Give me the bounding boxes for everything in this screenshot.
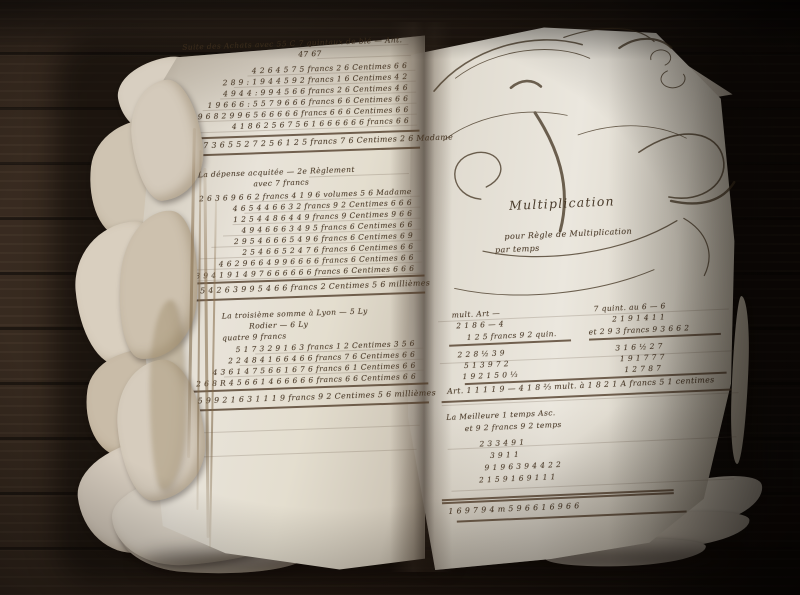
ledger-header: La dépense acquitée — 2e Règlement <box>198 165 355 179</box>
work-row: 5 1 3 9 7 2 <box>464 359 509 370</box>
ledger-header: avec 7 francs <box>253 177 309 188</box>
photo-scene: Suite des Achats avec 55 C 7 quintaux de… <box>0 0 800 595</box>
ledger-header: quatre 9 francs <box>222 331 287 342</box>
work-row: 9 1 9 6 3 9 4 4 2 2 <box>484 460 561 472</box>
ledger-header: La troisième somme à Lyon — 5 Ly <box>222 307 368 321</box>
right-page-content: Multiplication pour Règle de Multiplicat… <box>413 7 772 571</box>
work-row: 2 1 5 9 1 6 9 1 1 1 <box>479 472 556 484</box>
work-header: 2 1 9 1 4 1 1 <box>612 312 665 323</box>
work-row: 1 2 7 8 7 <box>624 364 661 375</box>
work-header: et 9 2 francs 9 2 temps <box>465 420 562 433</box>
calligraphy-flourishes <box>413 8 756 322</box>
work-row: 2 2 8 ½ 3 9 <box>457 348 505 359</box>
work-row: 3 1 6 ½ 2 7 <box>615 341 663 352</box>
work-header: 2 1 8 6 — 4 <box>456 319 504 330</box>
work-row: 3 9 1 1 <box>490 450 519 460</box>
work-row: 1 9 1 7 7 7 <box>620 352 665 363</box>
work-total: 1 6 9 7 9 4 m 5 9 6 6 1 6 9 6 6 <box>448 501 580 516</box>
work-row: 1 9 2 1 5 0 ⅓ <box>462 370 518 381</box>
ledger-header: Suite des Achats avec 55 C 7 quintaux de… <box>182 35 402 52</box>
ledger-header: Rodier — 6 Ly <box>249 320 308 331</box>
work-row: 2 3 3 4 9 1 <box>479 438 524 449</box>
tattered-edge-blob <box>150 300 186 490</box>
